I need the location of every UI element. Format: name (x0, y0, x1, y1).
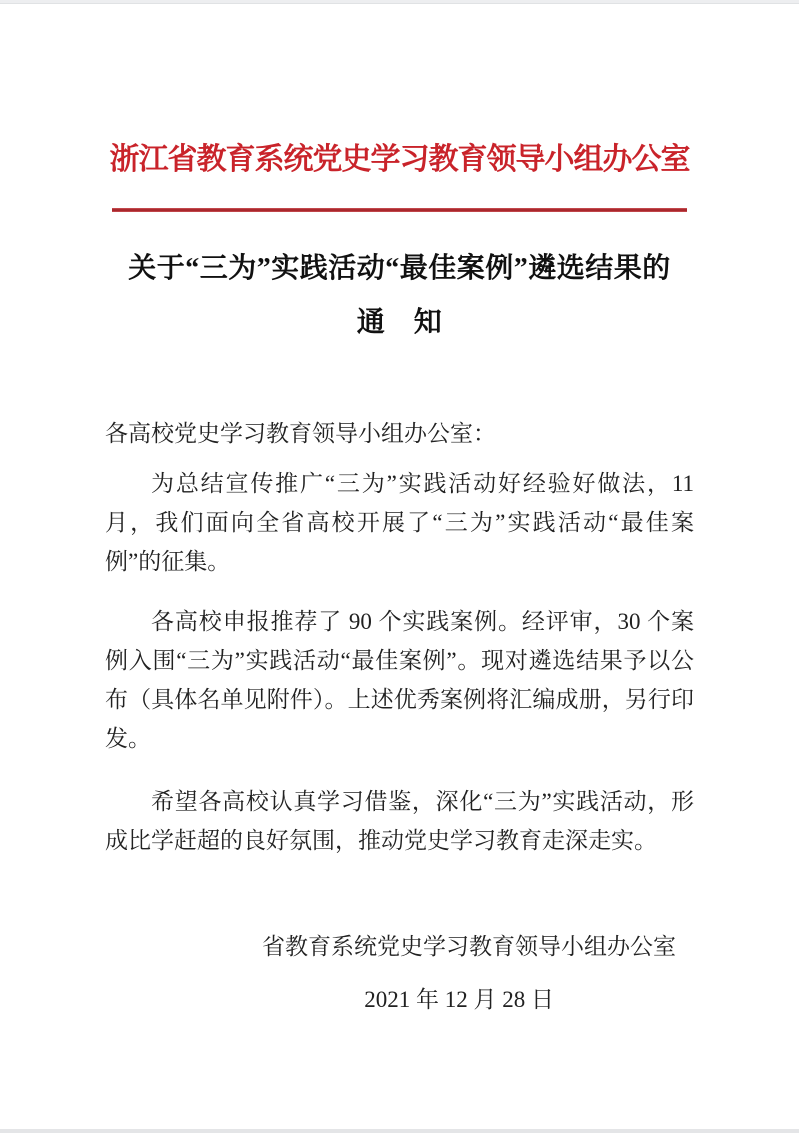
salutation: 各高校党史学习教育领导小组办公室： (105, 414, 694, 453)
document-body: 各高校党史学习教育领导小组办公室： 为总结宣传推广“三为”实践活动好经验好做法，… (105, 414, 694, 1019)
document-page: 浙江省教育系统党史学习教育领导小组办公室 关于“三为”实践活动“最佳案例”遴选结… (0, 0, 799, 1133)
date: 2021 年 12 月 28 日 (105, 980, 694, 1019)
paragraph: 希望各高校认真学习借鉴，深化“三为”实践活动，形成比学赶超的良好氛围，推动党史学… (105, 782, 694, 860)
document-title-line1: 关于“三为”实践活动“最佳案例”遴选结果的 (0, 242, 799, 296)
document-title: 关于“三为”实践活动“最佳案例”遴选结果的 通 知 (0, 242, 799, 350)
page-top-edge (0, 0, 799, 4)
letterhead-title: 浙江省教育系统党史学习教育领导小组办公室 (0, 0, 799, 192)
paragraph: 为总结宣传推广“三为”实践活动好经验好做法，11 月，我们面向全省高校开展了“三… (105, 464, 694, 581)
signature: 省教育系统党史学习教育领导小组办公室 (105, 927, 694, 966)
paragraph: 各高校申报推荐了 90 个实践案例。经评审，30 个案例入围“三为”实践活动“最… (105, 602, 694, 758)
red-separator-line (112, 208, 687, 212)
page-bottom-edge (0, 1129, 799, 1133)
document-title-line2: 通 知 (0, 296, 799, 350)
